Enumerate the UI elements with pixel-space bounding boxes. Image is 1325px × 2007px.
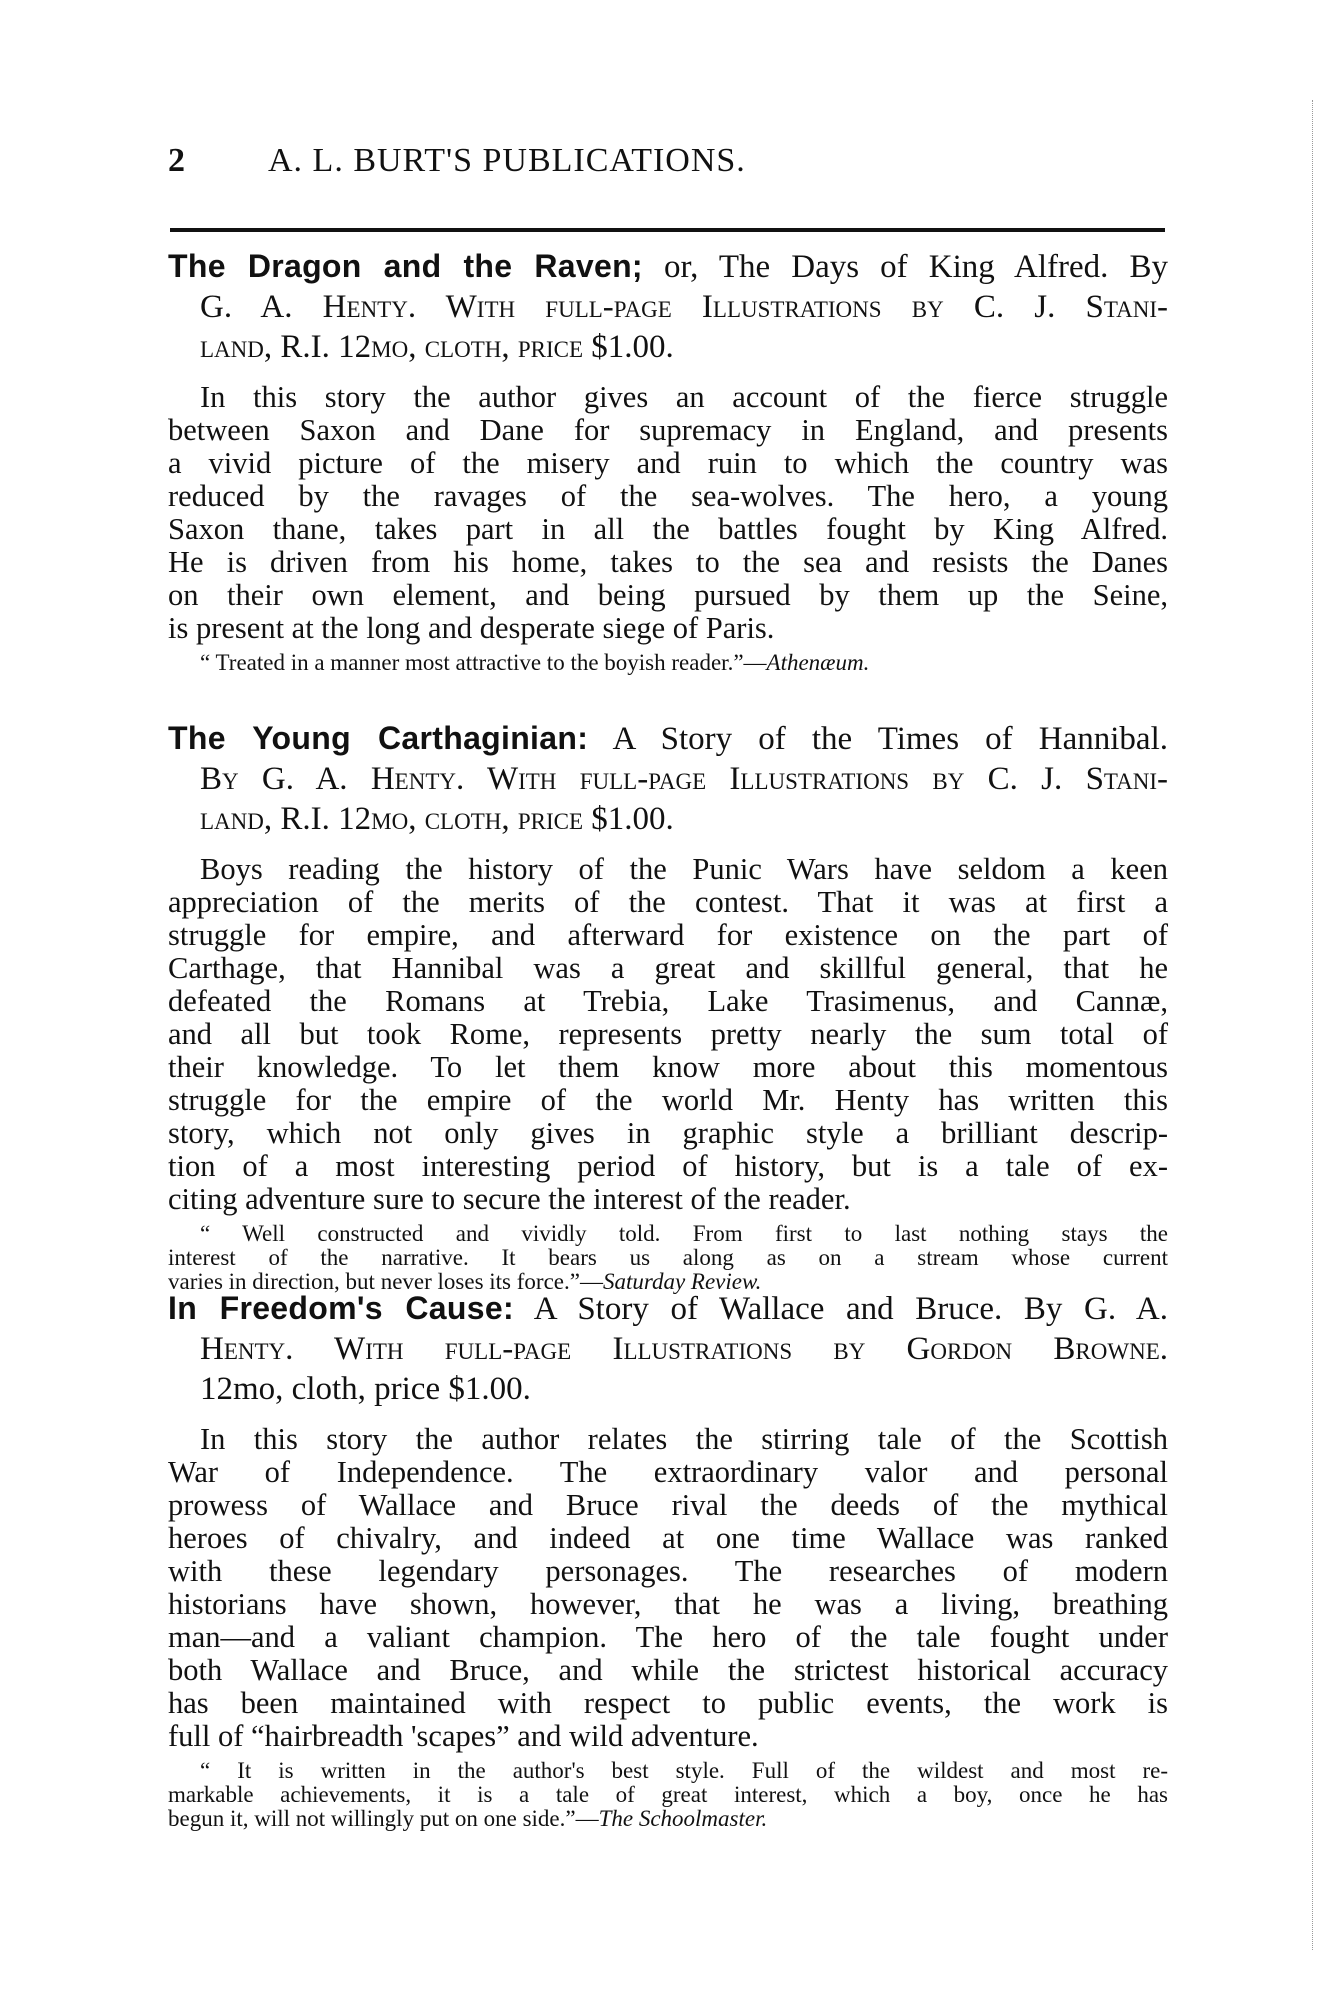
book-subtitle: or, The Days of King Alfred. By bbox=[643, 249, 1168, 285]
book-description-cont: appreciation of the merits of the contes… bbox=[168, 886, 1168, 1216]
header-rule bbox=[170, 228, 1165, 232]
description-line: is present at the long and desperate sie… bbox=[168, 612, 1168, 645]
description-line: War of Independence. The extraordinary v… bbox=[168, 1456, 1168, 1489]
description-line: heroes of chivalry, and indeed at one ti… bbox=[168, 1522, 1168, 1555]
book-author-line: G. A. Henty. With full-page Illustration… bbox=[168, 287, 1168, 327]
book-entry-freedoms-cause: In Freedom's Cause: A Story of Wallace a… bbox=[168, 1288, 1168, 1831]
book-subtitle: A Story of the Times of Hannibal. bbox=[588, 721, 1168, 757]
book-title-line: The Dragon and the Raven; or, The Days o… bbox=[168, 246, 1168, 287]
book-title: In Freedom's Cause: bbox=[168, 1290, 514, 1326]
book-title: The Dragon and the Raven; bbox=[168, 248, 643, 284]
description-line: man—and a valiant champion. The hero of … bbox=[168, 1621, 1168, 1654]
description-line: defeated the Romans at Trebia, Lake Tras… bbox=[168, 985, 1168, 1018]
book-author-line: By G. A. Henty. With full-page Illustrat… bbox=[168, 759, 1168, 799]
running-head: A. L. BURT'S PUBLICATIONS. bbox=[268, 142, 746, 180]
book-entry-young-carthaginian: The Young Carthaginian: A Story of the T… bbox=[168, 718, 1168, 1294]
description-line: and all but took Rome, represents pretty… bbox=[168, 1018, 1168, 1051]
quote-text: “ It is written in the author's best sty… bbox=[168, 1759, 1168, 1783]
scan-margin-artifact bbox=[1312, 100, 1315, 1950]
description-line: historians have shown, however, that he … bbox=[168, 1588, 1168, 1621]
description-line: with these legendary personages. The res… bbox=[168, 1555, 1168, 1588]
quote-source: The Schoolmaster. bbox=[599, 1806, 768, 1831]
review-quote: “ Well constructed and vividly told. Fro… bbox=[168, 1222, 1168, 1294]
description-line: appreciation of the merits of the contes… bbox=[168, 886, 1168, 919]
book-description-cont: War of Independence. The extraordinary v… bbox=[168, 1456, 1168, 1753]
description-line: on their own element, and being pursued … bbox=[168, 579, 1168, 612]
description-line: struggle for the empire of the world Mr.… bbox=[168, 1084, 1168, 1117]
book-title-line: The Young Carthaginian: A Story of the T… bbox=[168, 718, 1168, 759]
description-line: prowess of Wallace and Bruce rival the d… bbox=[168, 1489, 1168, 1522]
book-entry-dragon-raven: The Dragon and the Raven; or, The Days o… bbox=[168, 246, 1168, 675]
description-line: their knowledge. To let them know more a… bbox=[168, 1051, 1168, 1084]
description-line: He is driven from his home, takes to the… bbox=[168, 546, 1168, 579]
description-line: Carthage, that Hannibal was a great and … bbox=[168, 952, 1168, 985]
quote-text: markable achievements, it is a tale of g… bbox=[168, 1783, 1168, 1807]
quote-source: Athenæum. bbox=[767, 650, 870, 675]
description-line: both Wallace and Bruce, and while the st… bbox=[168, 1654, 1168, 1687]
book-author-line: Henty. With full-page Illustrations by G… bbox=[168, 1329, 1168, 1369]
description-line: tion of a most interesting period of his… bbox=[168, 1150, 1168, 1183]
book-price-line: land, R.I. 12mo, cloth, price $1.00. bbox=[168, 327, 1168, 367]
description-line: Boys reading the history of the Punic Wa… bbox=[200, 853, 1168, 886]
description-line: In this story the author gives an accoun… bbox=[200, 381, 1168, 414]
description-line: Saxon thane, takes part in all the battl… bbox=[168, 513, 1168, 546]
review-quote: “ Treated in a manner most attractive to… bbox=[168, 651, 1168, 675]
review-quote: “ It is written in the author's best sty… bbox=[168, 1759, 1168, 1831]
description-line: citing adventure sure to secure the inte… bbox=[168, 1183, 1168, 1216]
description-line: has been maintained with respect to publ… bbox=[168, 1687, 1168, 1720]
description-line: full of “hairbreadth 'scapes” and wild a… bbox=[168, 1720, 1168, 1753]
book-description-cont: between Saxon and Dane for supremacy in … bbox=[168, 414, 1168, 645]
book-title-line: In Freedom's Cause: A Story of Wallace a… bbox=[168, 1288, 1168, 1329]
description-line: a vivid picture of the misery and ruin t… bbox=[168, 447, 1168, 480]
description-line: story, which not only gives in graphic s… bbox=[168, 1117, 1168, 1150]
page-number: 2 bbox=[168, 142, 185, 180]
description-line: struggle for empire, and afterward for e… bbox=[168, 919, 1168, 952]
book-description: In this story the author gives an accoun… bbox=[168, 381, 1168, 414]
quote-text: begun it, will not willingly put on one … bbox=[168, 1806, 599, 1831]
book-title: The Young Carthaginian: bbox=[168, 720, 588, 756]
book-description: Boys reading the history of the Punic Wa… bbox=[168, 853, 1168, 886]
quote-text: “ Well constructed and vividly told. Fro… bbox=[168, 1222, 1168, 1246]
page-header: 2 A. L. BURT'S PUBLICATIONS. bbox=[168, 142, 1168, 182]
description-line: between Saxon and Dane for supremacy in … bbox=[168, 414, 1168, 447]
book-price-line: land, R.I. 12mo, cloth, price $1.00. bbox=[168, 799, 1168, 839]
quote-text: “ Treated in a manner most attractive to… bbox=[200, 650, 767, 675]
quote-text: interest of the narrative. It bears us a… bbox=[168, 1246, 1168, 1270]
description-line: In this story the author relates the sti… bbox=[200, 1423, 1168, 1456]
book-description: In this story the author relates the sti… bbox=[168, 1423, 1168, 1456]
description-line: reduced by the ravages of the sea-wolves… bbox=[168, 480, 1168, 513]
book-price-line: 12mo, cloth, price $1.00. bbox=[168, 1369, 1168, 1409]
book-subtitle: A Story of Wallace and Bruce. By G. A. bbox=[514, 1291, 1168, 1327]
